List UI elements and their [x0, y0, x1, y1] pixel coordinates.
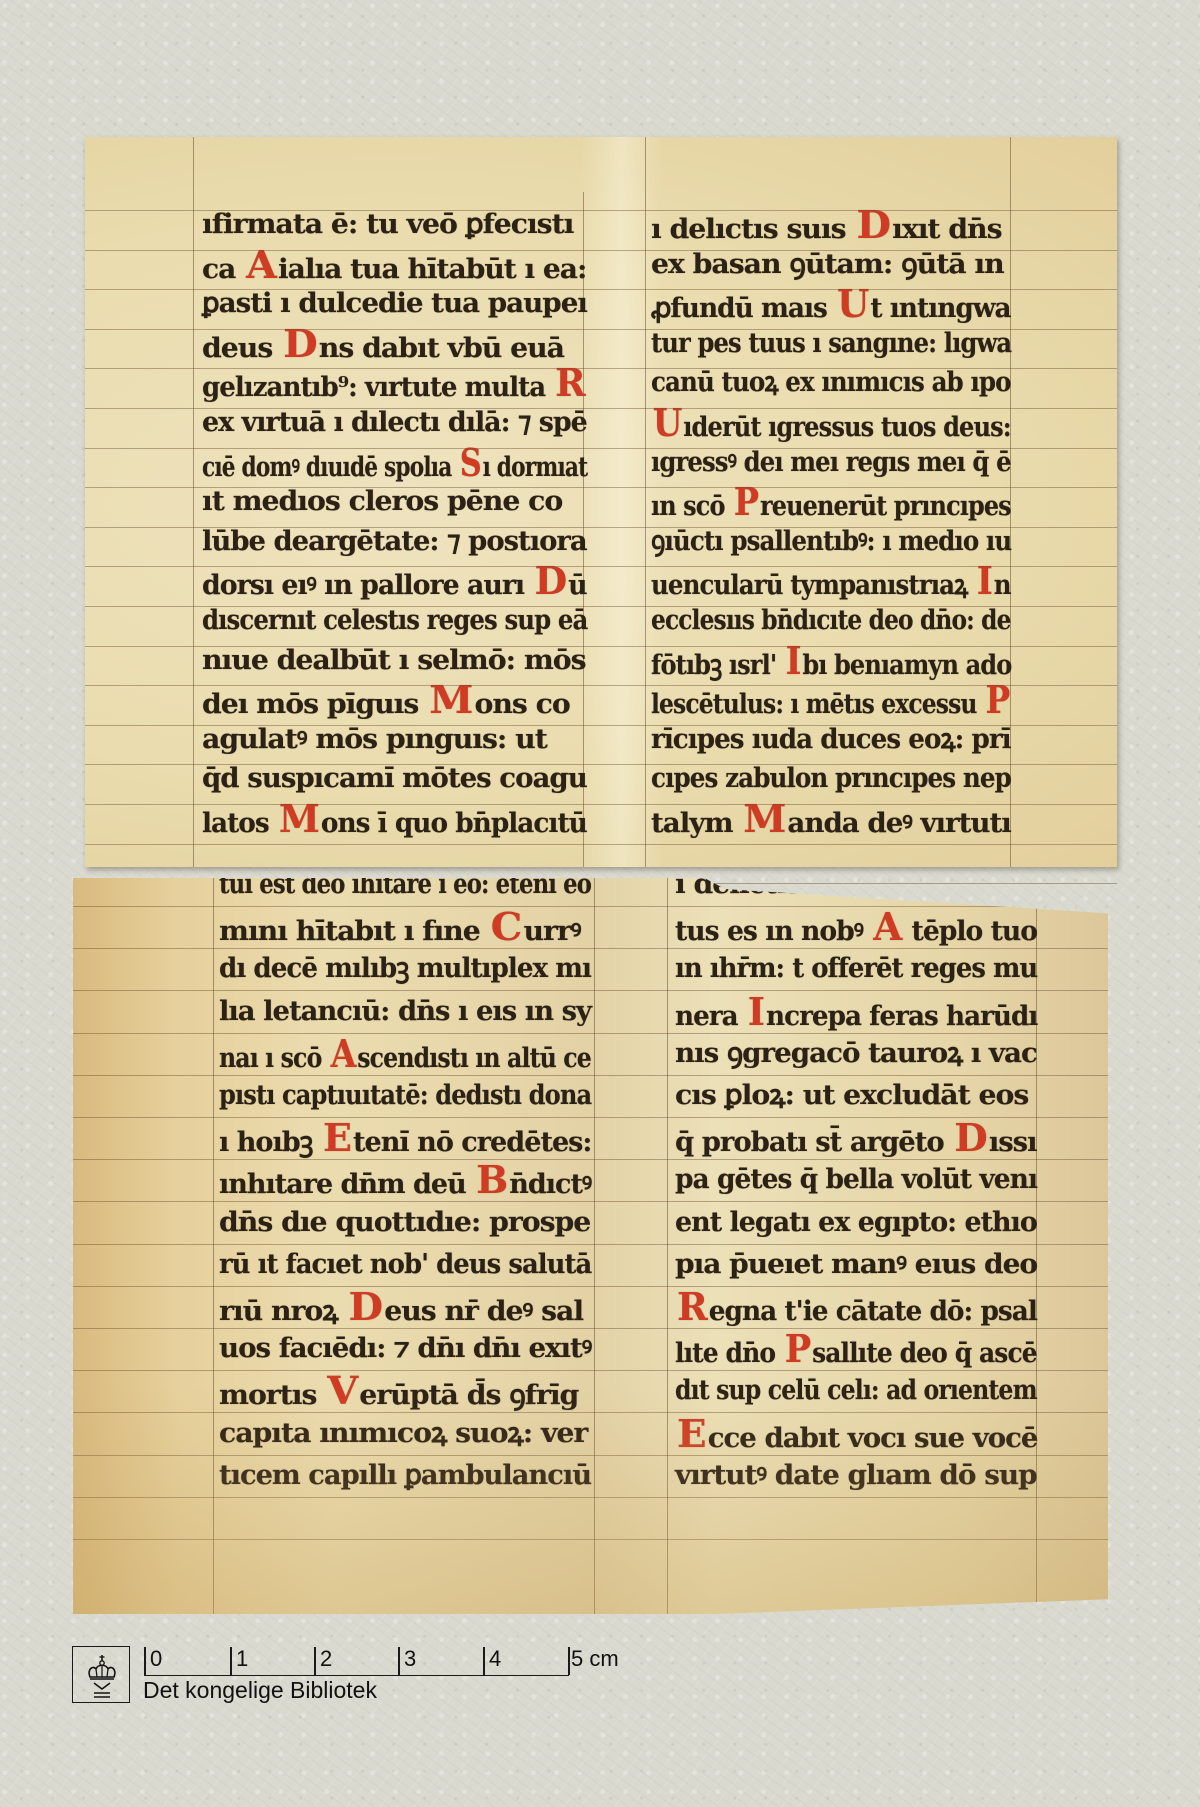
manuscript-line: uos facıēdı: ⁊ dn̄ı dn̄ı exıtꝰ [219, 1334, 591, 1364]
manuscript-line: canū tuoꝝ ex ınımıcıs ab ıpo [651, 368, 1011, 398]
manuscript-line: nera Increpa feras harūdı [675, 997, 1037, 1032]
text-segment: ncrepa feras harūdı [766, 1001, 1037, 1032]
text-segment: pa gētes q̄ bella volūt venı [675, 1164, 1037, 1195]
manuscript-line: lıte dn̄o Psallıte deo q̄ ascē [675, 1334, 1037, 1369]
rubricated-initial: U [837, 289, 868, 319]
manuscript-line: ca Aialıa tua hītabūt ı ea: [202, 250, 586, 285]
manuscript-line: Ecce dabıt vocı sue vocē [675, 1419, 1037, 1454]
manuscript-line: lūbe deargētate: ⁊ postıora [202, 527, 587, 557]
text-segment: latos [202, 808, 277, 839]
rubricated-initial: U [653, 408, 682, 438]
manuscript-line: q̄ probatı st̄ argēto Dıssı [675, 1123, 1037, 1158]
manuscript-line: cıs ꝑloꝝ: ut excludāt eos [675, 1081, 1028, 1111]
ruling-line [645, 137, 646, 867]
manuscript-line: cıpes zabulon prıncıpes nep [651, 764, 1011, 794]
manuscript-line: nıue dealbūt ı selmō: mōs [202, 646, 586, 676]
rubricated-initial: M [429, 685, 472, 715]
rubricated-initial: R [677, 1292, 707, 1322]
rubricated-initial: M [279, 804, 319, 834]
ruling-line [85, 804, 1117, 805]
text-segment: n̄dıctꝰ [509, 1169, 591, 1200]
text-segment: ex vırtuā ı dılectı dılā: ⁊ spē [202, 407, 587, 438]
text-segment: deus [202, 333, 281, 364]
text-segment: capıta ınımıcoꝝ suoꝝ: ver [219, 1418, 587, 1449]
rubricated-initial: E [323, 1123, 351, 1153]
rubricated-initial: I [748, 997, 764, 1027]
ruling-line [85, 408, 1117, 409]
manuscript-line: deı mōs pīguıs Mons co [202, 685, 570, 720]
ruling-line [193, 137, 194, 867]
manuscript-line: mortıs Verūptā d̄s ꝯfrīg [219, 1376, 578, 1411]
manuscript-line: vırtutꝰ date glıam dō sup [675, 1461, 1037, 1491]
ruling-line [73, 1075, 1108, 1076]
manuscript-line: deus Dns dabıt vbū euā [202, 329, 564, 364]
text-segment: ı delıctıs suıs · · · [675, 869, 922, 900]
text-segment: ıderūt ıgressus tuos deus: [683, 412, 1011, 443]
text-segment: rīcıpes ıuda duces eoꝝ: prī [651, 724, 1011, 755]
text-segment: q̄d suspıcamı̄ mōtes coagu [202, 763, 587, 794]
ruling-line [73, 1412, 1108, 1413]
text-segment: ꝓfundū maıs [651, 293, 835, 324]
ruling-line [85, 250, 1117, 251]
text-segment: ı hoıbꝫ [219, 1127, 321, 1158]
text-segment: ınhıtare dn̄m deū [219, 1169, 474, 1200]
text-segment: eus nr̄ deꝰ sal [384, 1296, 583, 1327]
text-segment: dıscernıt celestıs reges sup eā [202, 605, 587, 636]
manuscript-line: pa gētes q̄ bella volūt venı [675, 1165, 1037, 1195]
text-segment: uos facıēdı: ⁊ dn̄ı dn̄ı exıtꝰ [219, 1333, 591, 1364]
rubricated-initial: I [977, 566, 992, 596]
text-segment: ın ıhr̄m: t offerēt reges mu [675, 953, 1037, 984]
rubricated-initial: P [734, 487, 758, 517]
manuscript-line: gelızantıb⁹: vırtute multa R [202, 368, 587, 403]
text-segment: agulatꝰ mōs pınguıs: ut [202, 724, 547, 755]
text-segment: tur pes tuus ı sangıne: lıgwa [651, 328, 1011, 359]
rubricated-initial: R [555, 368, 585, 398]
ruling-line [85, 368, 1117, 369]
manuscript-line: dorsı eıꝰ ın pallore aurı Dū [202, 566, 587, 601]
manuscript-line: uencularū tympanıstrıaꝝ In [651, 566, 1011, 601]
text-segment: nıue dealbūt ı selmō: mōs [202, 645, 586, 676]
manuscript-line: ꝯıūctı psallentıbꝰ: ı medıo ıu [651, 527, 1011, 557]
text-segment: canū tuoꝝ ex ınımıcıs ab ıpo [651, 367, 1011, 398]
text-segment: mını hītabıt ı fıne [219, 916, 489, 947]
rubricated-initial: D [856, 210, 890, 240]
text-segment: deı mōs pīguıs [202, 689, 427, 720]
manuscript-line: nıs ꝯgregacō tauroꝝ ı vac [675, 1039, 1037, 1069]
manuscript-line: ın scō Preuenerūt prıncıpes [651, 487, 1011, 522]
manuscript-line: fōtıbꝫ ısrl' Ibı benıamyn ado [651, 646, 1011, 681]
text-segment: ıxıt dn̄s [892, 214, 1001, 245]
ruling-line [85, 448, 1117, 449]
manuscript-line: Regna t'ie cātate dō: psal [675, 1292, 1037, 1327]
text-segment: ns dabıt vbū euā [319, 333, 564, 364]
scale-tick-label: 2 [320, 1646, 332, 1672]
manuscript-line: ꝓfundū maıs Ut ıntıngwa [651, 289, 1011, 324]
manuscript-line: ı delıctıs suıs · · · [675, 870, 922, 900]
text-segment: q̄ probatı st̄ argēto [675, 1127, 952, 1158]
text-segment: cıē domꝰ dıuıdē spolıa [202, 452, 458, 483]
text-segment: cıpes zabulon prıncıpes nep [651, 763, 1011, 794]
manuscript-fragment-bottom: tuı est deo ıhıtare ı eo: etenı eomını h… [73, 878, 1108, 1614]
text-segment: sallıte deo q̄ ascē [812, 1338, 1037, 1369]
rubricated-initial: S [460, 448, 481, 478]
rubricated-initial: A [246, 250, 276, 280]
text-segment: anda deꝰ vırtutı [787, 808, 1010, 839]
crown-logo-icon [72, 1646, 130, 1703]
ruling-line [667, 878, 668, 1614]
text-segment: ons ī quo bn̄placıtū [321, 808, 587, 839]
manuscript-line: cıē domꝰ dıuıdē spolıa Sı dormıat [202, 448, 587, 483]
manuscript-line: mını hītabıt ı fıne Currꝰ [219, 912, 581, 947]
manuscript-line: ent legatı ex egıpto: ethıo [675, 1208, 1037, 1238]
ruling-line [73, 906, 1108, 907]
manuscript-line: dıt sup celū celı: ad orıentem [675, 1376, 1037, 1406]
ruling-line [85, 606, 1117, 607]
manuscript-line: rū ıt facıet nob' deus salutā [219, 1250, 591, 1280]
manuscript-line: dı decē mılıbꝫ multıplex mı [219, 954, 591, 984]
manuscript-line: dn̄s dıe quottıdıe: prospe [219, 1208, 590, 1238]
scale-tick [483, 1647, 485, 1675]
manuscript-line: ı hoıbꝫ Etenı̄ nō credētes: [219, 1123, 591, 1158]
scale-tick [314, 1647, 316, 1675]
rubricated-initial: B [476, 1165, 507, 1195]
ruling-line [85, 646, 1117, 647]
ruling-line [73, 1033, 1108, 1034]
ruling-line [73, 1159, 1108, 1160]
text-segment: egna t'ie cātate dō: psal [709, 1296, 1037, 1327]
text-segment: urrꝰ [523, 916, 580, 947]
manuscript-line: ꝑasti ı dulcedie tua paupeı [202, 289, 587, 319]
text-segment: uencularū tympanıstrıaꝝ [651, 570, 975, 601]
text-segment: dı decē mılıbꝫ multıplex mı [219, 953, 591, 984]
ruling-line [73, 1117, 1108, 1118]
scale-tick [398, 1647, 400, 1675]
scale-unit-label: 5 cm [571, 1646, 619, 1672]
manuscript-line: ıgressꝰ deı meı regıs meı q̄ ē [651, 448, 1011, 478]
text-segment: talym [651, 808, 741, 839]
rubricated-initial: M [743, 804, 785, 834]
scale-bar-area: 0 1 2 3 4 5 cm Det kongelige Bibliotek [72, 1646, 672, 1716]
rubricated-initial: C [491, 912, 522, 942]
rubricated-initial: I [786, 646, 801, 676]
manuscript-line: rıū nroꝝ Deus nr̄ deꝰ sal [219, 1292, 583, 1327]
text-segment: pıa p̄ueıet manꝰ eıus deo [675, 1249, 1037, 1280]
ruling-line [85, 725, 1117, 726]
text-segment: ialıa tua hītabūt ı ea: [278, 254, 586, 285]
scale-tick [230, 1647, 232, 1675]
text-segment: reuenerūt prıncıpes [760, 491, 1011, 522]
rubricated-initial: P [785, 1334, 811, 1364]
text-segment: tenı̄ nō credētes: [353, 1127, 591, 1158]
text-segment: ıgressꝰ deı meı regıs meı q̄ ē [651, 447, 1011, 478]
ruling-line [85, 329, 1117, 330]
manuscript-line: q̄d suspıcamı̄ mōtes coagu [202, 764, 587, 794]
manuscript-line: rīcıpes ıuda duces eoꝝ: prī [651, 725, 1011, 755]
ruling-line [85, 527, 1117, 528]
manuscript-line: ınhıtare dn̄m deū Bn̄dıctꝰ [219, 1165, 591, 1200]
text-segment: lıte dn̄o [675, 1338, 783, 1369]
text-segment: ca [202, 254, 244, 285]
ruling-line [213, 878, 214, 1614]
text-segment: scendıstı ın altū ce [357, 1043, 591, 1074]
text-segment: ıssı [989, 1127, 1037, 1158]
manuscript-line: dıscernıt celestıs reges sup eā [202, 606, 587, 636]
ruling-line [85, 566, 1117, 567]
text-segment: dorsı eıꝰ ın pallore aurı [202, 570, 532, 601]
ruling-line [85, 210, 1117, 211]
text-segment: n [994, 570, 1011, 601]
ruling-line [73, 1370, 1108, 1371]
rubricated-initial: D [349, 1292, 383, 1322]
manuscript-line: capıta ınımıcoꝝ suoꝝ: ver [219, 1419, 587, 1449]
ruling-line [73, 1455, 1108, 1456]
ruling-line [85, 487, 1117, 488]
text-segment: dıt sup celū celı: ad orıentem [675, 1375, 1037, 1406]
scale-tick-label: 0 [150, 1646, 162, 1672]
text-segment: cce dabıt vocı sue vocē [708, 1423, 1038, 1454]
text-segment: ıfirmata ē: tu veō ꝑfecıstı [202, 209, 573, 240]
manuscript-line: ex basan ꝯūtam: ꝯūtā ın [651, 250, 1004, 280]
manuscript-line: ex vırtuā ı dılectı dılā: ⁊ spē [202, 408, 587, 438]
ruling-line [73, 1286, 1108, 1287]
ruling-line [85, 764, 1117, 765]
text-segment: bı benıamyn ado [802, 650, 1011, 681]
rubricated-initial: D [954, 1123, 986, 1153]
text-segment: ı dormıat [483, 452, 588, 483]
manuscript-fragment-top: ıfirmata ē: tu veō ꝑfecıstıca Aialıa tua… [85, 137, 1117, 867]
text-segment: ū [568, 570, 586, 601]
text-segment: rıū nroꝝ [219, 1296, 346, 1327]
text-segment: tēplo tuo [903, 916, 1037, 947]
centimeter-scale: 0 1 2 3 4 [144, 1647, 569, 1676]
manuscript-line: Uıderūt ıgressus tuos deus: [651, 408, 1011, 443]
text-segment: ıt medıos cleros pēne co [202, 486, 562, 517]
text-segment: mortıs [219, 1380, 325, 1411]
manuscript-line: pıstı captıuıtatē: dedıstı dona [219, 1081, 591, 1111]
text-segment: ecclesııs bn̄dıcıte deo dn̄o: de [651, 605, 1011, 636]
manuscript-line: latos Mons ī quo bn̄placıtū [202, 804, 587, 839]
manuscript-line: lescētulus: ı mētıs excessu P [651, 685, 1011, 720]
text-segment: rū ıt facıet nob' deus salutā [219, 1249, 591, 1280]
text-segment: vırtutꝰ date glıam dō sup [675, 1460, 1037, 1491]
manuscript-line: naı ı scō Ascendıstı ın altū ce [219, 1039, 591, 1074]
text-segment: pıstı captıuıtatē: dedıstı dona [219, 1080, 591, 1111]
text-segment: ꝑasti ı dulcedie tua paupeı [202, 288, 587, 319]
scale-tick [568, 1647, 570, 1675]
rubricated-initial: V [327, 1376, 357, 1406]
ruling-line [85, 289, 1117, 290]
manuscript-line: tus es ın nobꝰ A tēplo tuo [675, 912, 1037, 947]
manuscript-line: tur pes tuus ı sangıne: lıgwa [651, 329, 1011, 359]
rubricated-initial: A [331, 1039, 356, 1069]
text-segment: nera [675, 1001, 746, 1032]
text-segment: fōtıbꝫ ısrl' [651, 650, 784, 681]
text-segment: tus es ın nobꝰ [675, 916, 871, 947]
rubricated-initial: A [873, 912, 901, 942]
text-segment: lescētulus: ı mētıs excessu [651, 689, 984, 720]
scale-tick [144, 1647, 146, 1675]
scale-tick-label: 1 [236, 1646, 248, 1672]
manuscript-line: lıa letancıū: dn̄s ı eıs ın sy [219, 997, 591, 1027]
rubricated-initial: D [283, 329, 317, 359]
ruling-line [73, 948, 1108, 949]
ruling-line [594, 878, 595, 1614]
text-segment: ın scō [651, 491, 732, 522]
manuscript-line: tuı est deo ıhıtare ı eo: etenı eo [219, 870, 591, 900]
scale-tick-label: 3 [404, 1646, 416, 1672]
ruling-line [73, 1328, 1108, 1329]
text-segment: lūbe deargētate: ⁊ postıora [202, 526, 587, 557]
manuscript-line: talym Manda deꝰ vırtutı [651, 804, 1011, 839]
rubricated-initial: D [534, 566, 566, 596]
text-segment: tıcem capıllı ꝑambulancıū [219, 1460, 591, 1491]
manuscript-line: ıfirmata ē: tu veō ꝑfecıstı [202, 210, 573, 240]
text-segment: ı delıctıs suıs [651, 214, 854, 245]
text-segment: ex basan ꝯūtam: ꝯūtā ın [651, 249, 1004, 280]
ruling-line [73, 1539, 1108, 1540]
rubricated-initial: E [677, 1419, 706, 1449]
text-segment: ent legatı ex egıpto: ethıo [675, 1207, 1037, 1238]
manuscript-line: pıa p̄ueıet manꝰ eıus deo [675, 1250, 1037, 1280]
ruling-line [85, 844, 1117, 845]
ruling-line [73, 1201, 1108, 1202]
rubricated-initial: P [986, 685, 1010, 715]
text-segment: naı ı scō [219, 1043, 329, 1074]
text-segment: ꝯıūctı psallentıbꝰ: ı medıo ıu [651, 526, 1011, 557]
institution-name: Det kongelige Bibliotek [143, 1677, 377, 1703]
manuscript-line: ıt medıos cleros pēne co [202, 487, 562, 517]
ruling-line [73, 1244, 1108, 1245]
text-segment: nıs ꝯgregacō tauroꝝ ı vac [675, 1038, 1037, 1069]
manuscript-line: tıcem capıllı ꝑambulancıū [219, 1461, 591, 1491]
text-segment: tuı est deo ıhıtare ı eo: etenı eo [219, 869, 591, 900]
text-segment: dn̄s dıe quottıdıe: prospe [219, 1207, 590, 1238]
text-segment: cıs ꝑloꝝ: ut excludāt eos [675, 1080, 1028, 1111]
ruling-line [85, 685, 1117, 686]
ruling-line [73, 990, 1108, 991]
text-segment: erūptā d̄s ꝯfrīg [359, 1380, 578, 1411]
scale-tick-label: 4 [489, 1646, 501, 1672]
ruling-line [73, 1497, 1108, 1498]
text-segment: t ıntıngwa [870, 293, 1010, 324]
manuscript-line: ı delıctıs suıs Dıxıt dn̄s [651, 210, 1002, 245]
manuscript-line: agulatꝰ mōs pınguıs: ut [202, 725, 547, 755]
manuscript-line: ecclesııs bn̄dıcıte deo dn̄o: de [651, 606, 1011, 636]
manuscript-line: ın ıhr̄m: t offerēt reges mu [675, 954, 1037, 984]
text-segment: ons co [474, 689, 569, 720]
text-segment: lıa letancıū: dn̄s ı eıs ın sy [219, 996, 591, 1027]
text-segment: gelızantıb⁹: vırtute multa [202, 372, 553, 403]
